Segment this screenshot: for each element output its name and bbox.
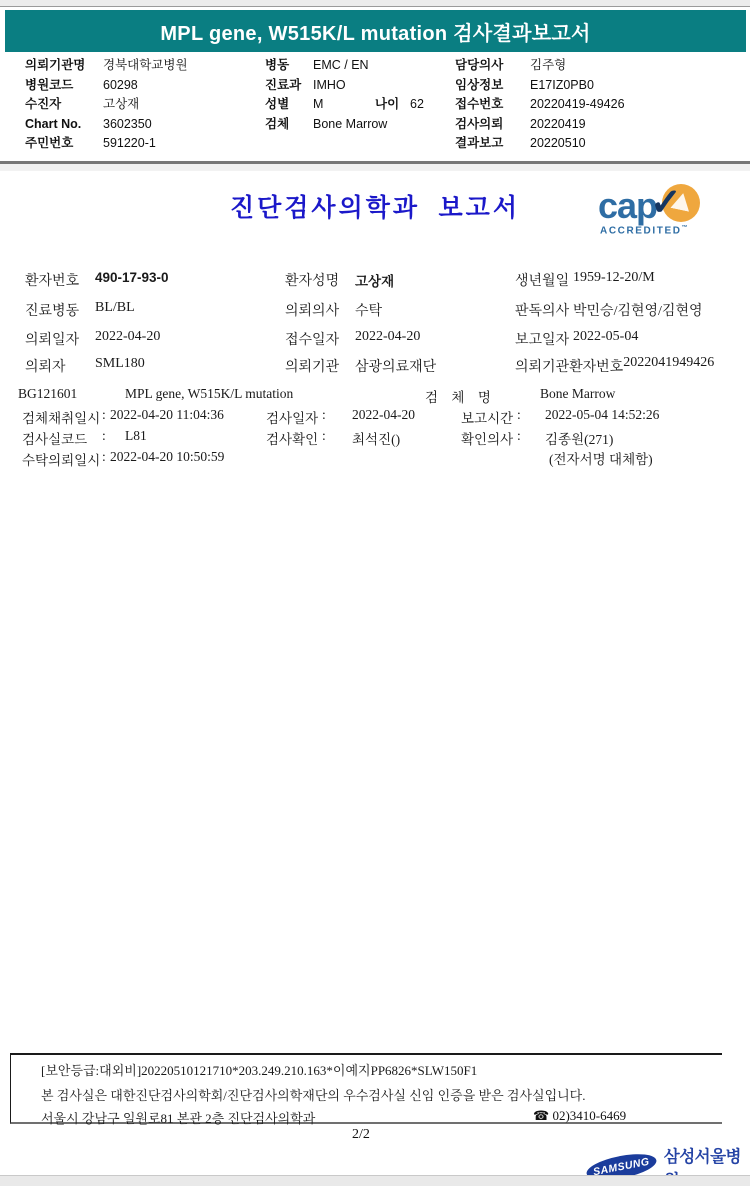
field-label: 성별: [265, 95, 313, 115]
field-row: 담당의사김주형: [455, 56, 625, 76]
field-row: 결과보고20220510: [455, 134, 625, 154]
field-label: 의뢰기관: [285, 356, 355, 376]
field-value: EMC / EN: [313, 56, 369, 76]
field-label: 검사일자: [266, 407, 322, 427]
field-label: 진료병동: [25, 300, 95, 320]
field-row: 임상정보E17IZ0PB0: [455, 76, 625, 96]
field-label: 환자번호: [25, 270, 95, 290]
field-label: 접수일자: [285, 329, 355, 349]
field-value: 2022-04-20: [95, 329, 285, 349]
patient-number: 490-17-93-0: [95, 270, 285, 290]
field-label: 수탁의뢰일시: [22, 449, 102, 469]
field-label: 환자성명: [285, 270, 355, 290]
specimen-label: 검 체 명: [425, 386, 540, 406]
field-label: 의뢰기관명: [25, 56, 103, 76]
field-value: 3602350: [103, 115, 152, 135]
field-value: 2022041949426: [623, 356, 721, 376]
field-value: 20220419: [530, 115, 586, 135]
field-row: 의뢰기관명경북대학교병원: [25, 56, 188, 76]
security-line: [보안등급:대외비]20220510121710*203.249.210.163…: [41, 1060, 477, 1079]
report-title-bar-text: MPL gene, W515K/L mutation 검사결과보고서: [160, 17, 590, 46]
field-label: 접수번호: [455, 95, 530, 115]
phone-icon: ☎: [533, 1108, 549, 1123]
field-value: 김종원(271): [545, 428, 613, 448]
field-value: L81: [110, 428, 266, 448]
field-value: 수탁: [355, 300, 515, 320]
field-value: M: [313, 95, 375, 115]
test-header-row: BG121601 MPL gene, W515K/L mutation 검 체 …: [18, 386, 746, 406]
field-label: 보고일자: [515, 329, 573, 349]
patient-info-row: 환자번호490-17-93-0 환자성명고상재 생년월일1959-12-20/M: [25, 270, 731, 290]
field-row: Chart No.3602350: [25, 115, 188, 135]
field-value: 20220419-49426: [530, 95, 625, 115]
field-value: 2022-05-04 14:52:26: [545, 407, 659, 427]
separator: :: [322, 428, 352, 448]
report-title-bar: MPL gene, W515K/L mutation 검사결과보고서: [5, 10, 746, 52]
field-label: 의뢰자: [25, 356, 95, 376]
phone-number: 02)3410-6469: [552, 1108, 626, 1123]
header-info-col2: 병동EMC / EN 진료과IMHO 성별M나이62 검체Bone Marrow: [265, 56, 424, 134]
field-value: Bone Marrow: [313, 115, 387, 135]
field-value: E17IZ0PB0: [530, 76, 594, 96]
test-code: BG121601: [18, 386, 125, 406]
field-value: 2022-05-04: [573, 329, 731, 349]
cap-accredited-label: ACCREDITED™: [600, 225, 688, 236]
patient-name: 고상재: [355, 270, 515, 290]
field-row: 진료과IMHO: [265, 76, 424, 96]
cap-logo-text: cap: [598, 188, 657, 224]
trademark-symbol: ™: [682, 225, 688, 231]
field-value: 62: [410, 95, 424, 115]
field-label: 검체채취일시: [22, 407, 102, 427]
field-label: Chart No.: [25, 115, 103, 135]
field-value: 2022-04-20 10:50:59: [110, 449, 266, 469]
section-divider-band: [0, 164, 750, 171]
field-row: 병원코드60298: [25, 76, 188, 96]
page-number: 2/2: [0, 1127, 722, 1143]
cap-accredited-logo: cap ✓ ACCREDITED™: [598, 192, 720, 244]
test-info-row: 검체채취일시:2022-04-20 11:04:36 검사일자:2022-04-…: [22, 407, 750, 427]
specimen-value: Bone Marrow: [540, 386, 615, 406]
field-label: 검체: [265, 115, 313, 135]
field-value: 박민승/김현영/김현영: [573, 300, 731, 320]
field-label: 검사의뢰: [455, 115, 530, 135]
separator: :: [517, 407, 545, 427]
header-info-col3: 담당의사김주형 임상정보E17IZ0PB0 접수번호20220419-49426…: [455, 56, 625, 154]
field-label: 진료과: [265, 76, 313, 96]
field-label: 검사실코드: [22, 428, 102, 448]
field-label: 나이: [375, 95, 410, 115]
field-row: 접수번호20220419-49426: [455, 95, 625, 115]
field-label: 의뢰기관환자번호: [515, 356, 623, 376]
field-label: 병원코드: [25, 76, 103, 96]
field-row: 병동EMC / EN: [265, 56, 424, 76]
field-label: 의뢰일자: [25, 329, 95, 349]
cap-checkmark-icon: ✓: [650, 184, 682, 222]
report-page: MPL gene, W515K/L mutation 검사결과보고서 의뢰기관명…: [0, 0, 750, 1186]
test-name: MPL gene, W515K/L mutation: [125, 386, 425, 406]
field-value: 경북대학교병원: [103, 56, 188, 76]
field-label: 의뢰의사: [285, 300, 355, 320]
patient-info-row: 진료병동BL/BL 의뢰의사수탁 판독의사박민승/김현영/김현영: [25, 300, 731, 320]
field-value: IMHO: [313, 76, 346, 96]
field-value: 2022-04-20: [352, 407, 461, 427]
field-value: 고상재: [103, 95, 139, 115]
field-label: 임상정보: [455, 76, 530, 96]
field-label: 판독의사: [515, 300, 573, 320]
field-row: 주민번호591220-1: [25, 134, 188, 154]
field-value: 2022-04-20: [355, 329, 515, 349]
field-row: 검체Bone Marrow: [265, 115, 424, 135]
field-value: 60298: [103, 76, 138, 96]
patient-info-row: 의뢰일자2022-04-20 접수일자2022-04-20 보고일자2022-0…: [25, 329, 731, 349]
field-value: 삼광의료재단: [355, 356, 515, 376]
separator: :: [102, 449, 110, 469]
field-label: 생년월일: [515, 270, 573, 290]
certification-line: 본 검사실은 대한진단검사의학회/진단검사의학재단의 우수검사실 신임 인증을 …: [41, 1085, 586, 1104]
field-value: 2022-04-20 11:04:36: [110, 407, 266, 427]
field-value: 1959-12-20/M: [573, 270, 731, 290]
field-value: 최석진(): [352, 428, 461, 448]
field-label: 검사확인: [266, 428, 322, 448]
field-value: 20220510: [530, 134, 586, 154]
separator: :: [322, 407, 352, 427]
address-line: 서울시 강남구 일원로81 본관 2층 진단검사의학과: [41, 1108, 315, 1127]
bottom-margin-strip: [0, 1175, 750, 1186]
field-value: BL/BL: [95, 300, 285, 320]
separator: :: [102, 428, 110, 448]
field-row: 검사의뢰20220419: [455, 115, 625, 135]
phone-line: ☎ 02)3410-6469: [533, 1108, 626, 1124]
field-label: 주민번호: [25, 134, 103, 154]
patient-info-row: 의뢰자SML180 의뢰기관삼광의료재단 의뢰기관환자번호20220419494…: [25, 356, 731, 376]
field-label: 결과보고: [455, 134, 530, 154]
field-row: 수진자고상재: [25, 95, 188, 115]
field-label: 확인의사: [461, 428, 517, 448]
field-label: 담당의사: [455, 56, 530, 76]
field-value: 591220-1: [103, 134, 156, 154]
field-value: 김주형: [530, 56, 566, 76]
separator: :: [517, 428, 545, 448]
test-info-row: 검사실코드:L81 검사확인:최석진() 확인의사:김종원(271): [22, 428, 750, 448]
header-info-col1: 의뢰기관명경북대학교병원 병원코드60298 수진자고상재 Chart No.3…: [25, 56, 188, 154]
field-label: 수진자: [25, 95, 103, 115]
top-margin-strip: [0, 0, 750, 7]
field-row: 성별M나이62: [265, 95, 424, 115]
field-label: 보고시간: [461, 407, 517, 427]
field-value: SML180: [95, 356, 285, 376]
field-label: 병동: [265, 56, 313, 76]
separator: :: [102, 407, 110, 427]
footer-box: [보안등급:대외비]20220510121710*203.249.210.163…: [10, 1053, 722, 1124]
electronic-signature-note: (전자서명 대체함): [549, 448, 653, 468]
